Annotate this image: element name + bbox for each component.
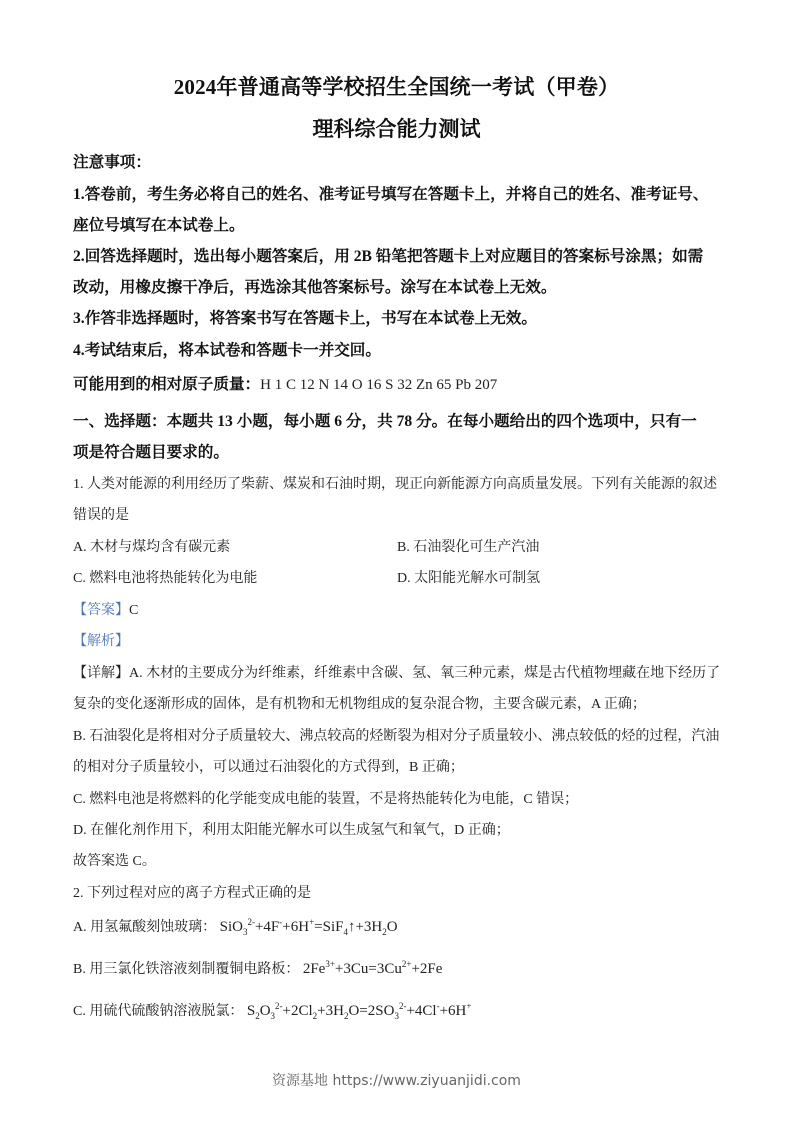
q2-option-b-label: B. 用三氯化铁溶液刻制覆铜电路板：	[73, 962, 299, 977]
page-title: 2024年普通高等学校招生全国统一考试（甲卷）	[0, 71, 793, 101]
question-2-stem: 2. 下列过程对应的离子方程式正确的是	[73, 882, 311, 902]
q1-option-a: A. 木材与煤均含有碳元素	[73, 536, 230, 556]
q2-option-a-label: A. 用氢氟酸刻蚀玻璃：	[73, 920, 216, 935]
q2-option-c-equation: S2O32-+2Cl2+3H2O=2SO32-+4Cl-+6H+	[247, 1003, 472, 1019]
q1-detail: B. 石油裂化是将相对分子质量较大、沸点较高的烃断裂为相对分子质量较小、沸点较低…	[73, 725, 719, 745]
page-subtitle: 理科综合能力测试	[0, 113, 793, 143]
q2-option-a: A. 用氢氟酸刻蚀玻璃： SiO32-+4F-+6H+=SiF4↑+3H2O	[73, 916, 398, 936]
notice-item: 改动，用橡皮擦干净后，再选涂其他答案标号。涂写在本试卷上无效。	[73, 275, 556, 297]
atomic-masses-values: H 1 C 12 N 14 O 16 S 32 Zn 65 Pb 207	[260, 377, 497, 393]
question-1-stem: 1. 人类对能源的利用经历了柴薪、煤炭和石油时期，现正向新能源方向高质量发展。下…	[73, 473, 717, 493]
atomic-masses: 可能用到的相对原子质量：H 1 C 12 N 14 O 16 S 32 Zn 6…	[73, 372, 497, 394]
exam-page: 2024年普通高等学校招生全国统一考试（甲卷） 理科综合能力测试 注意事项： 1…	[0, 0, 793, 1122]
q1-detail: 的相对分子质量较小，可以通过石油裂化的方式得到，B 正确；	[73, 756, 464, 776]
notice-item: 座位号填写在本试卷上。	[73, 213, 245, 235]
notice-heading: 注意事项：	[73, 150, 151, 172]
atomic-masses-label: 可能用到的相对原子质量：	[73, 376, 260, 393]
notice-item: 1.答卷前，考生务必将自己的姓名、准考证号填写在答题卡上，并将自己的姓名、准考证…	[73, 182, 708, 204]
question-1-stem-cont: 错误的是	[73, 504, 129, 524]
q2-option-c-label: C. 用硫代硫酸钠溶液脱氯：	[73, 1004, 243, 1019]
q2-option-c: C. 用硫代硫酸钠溶液脱氯： S2O32-+2Cl2+3H2O=2SO32-+4…	[73, 1000, 471, 1020]
q1-option-c: C. 燃料电池将热能转化为电能	[73, 567, 257, 587]
watermark-link[interactable]: 资源基地 https://www.ziyuanjidi.com	[0, 1070, 793, 1090]
answer-label: 【答案】	[73, 603, 129, 618]
q2-option-a-equation: SiO32-+4F-+6H+=SiF4↑+3H2O	[220, 919, 398, 935]
notice-item: 4.考试结束后，将本试卷和答题卡一并交回。	[73, 338, 381, 360]
answer-value: C	[129, 603, 138, 618]
section-heading-cont: 项是符合题目要求的。	[73, 440, 229, 462]
q1-option-d: D. 太阳能光解水可制氢	[397, 567, 540, 587]
q1-answer: 【答案】C	[73, 599, 138, 619]
analysis-label: 【解析】	[73, 630, 129, 650]
section-heading: 一、选择题：本题共 13 小题，每小题 6 分，共 78 分。在每小题给出的四个…	[73, 409, 697, 431]
notice-item: 2.回答选择题时，选出每小题答案后，用 2B 铅笔把答题卡上对应题目的答案标号涂…	[73, 244, 703, 266]
q1-detail: 【详解】A. 木材的主要成分为纤维素，纤维素中含碳、氢、氧三种元素，煤是古代植物…	[73, 662, 720, 682]
q1-detail: 复杂的变化逐渐形成的固体，是有机物和无机物组成的复杂混合物，主要含碳元素，A 正…	[73, 693, 646, 713]
q1-detail: C. 燃料电池是将燃料的化学能变成电能的装置，不是将热能转化为电能，C 错误；	[73, 788, 578, 808]
q1-option-b: B. 石油裂化可生产汽油	[397, 536, 539, 556]
q1-detail: D. 在催化剂作用下，利用太阳能光解水可以生成氢气和氧气，D 正确；	[73, 819, 510, 839]
q2-option-b-equation: 2Fe3++3Cu=3Cu2++2Fe	[303, 961, 443, 977]
q2-option-b: B. 用三氯化铁溶液刻制覆铜电路板： 2Fe3++3Cu=3Cu2++2Fe	[73, 958, 442, 978]
q1-detail: 故答案选 C。	[73, 850, 156, 870]
notice-item: 3.作答非选择题时，将答案书写在答题卡上，书写在本试卷上无效。	[73, 306, 537, 328]
